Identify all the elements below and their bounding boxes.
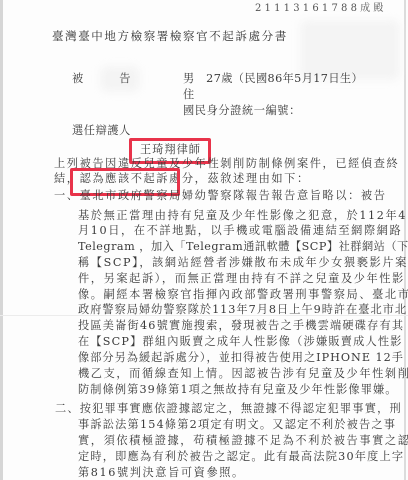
section-1-line: 機乙支，而循線查知上情。因認被告涉有兒童及少年性剝削 — [78, 367, 408, 381]
redaction-smudge — [300, 20, 400, 80]
section-1-heading: 一、臺北市政府警察局婦幼警察隊報告報告意旨略以：被告 — [54, 189, 386, 203]
section-2-line: 定時，即應為有利於被告之認定。此有最高法院30年度上字 — [78, 450, 404, 464]
section-1-line: 防制條例第39條第1項之無故持有兒童及少年性影像罪嫌。 — [78, 383, 398, 397]
section-2-line: 二、按犯罪事實應依證據認定之，無證據不得認定犯罪事實，刑 — [55, 402, 402, 416]
section-1-line: 件，另案起訴），而無正當理由持有不詳之兒童及少年性影 — [78, 272, 405, 286]
section-1-line: 基於無正當理由持有兒童及少年性影像之犯意，於112年4 — [78, 209, 407, 223]
section-1-line: 在【SCP】群組內販賣之成年人性影像（涉嫌販賣成人性影 — [78, 335, 403, 349]
section-1-line: 像部分另為緩起訴處分），並扣得被告使用之IPHONE 12手 — [78, 351, 404, 365]
section-1-line: 像。嗣經本署檢察官指揮內政部警政署刑事警察局、臺北市 — [78, 288, 408, 302]
defendant-address-label: 住 — [183, 88, 195, 102]
intro-line-2-suffix: ，茲敘述理由如下： — [195, 172, 310, 185]
section-2-line: 第816號判決意旨可資參照。 — [78, 466, 245, 480]
section-2-line: 實，須依積極證據，苟積極證據不足為不利於被告事實之認 — [78, 434, 408, 448]
defendant-gender-age: 男 27歲（民國86年5月17日生） — [183, 72, 363, 86]
defendant-label: 被告 — [72, 72, 130, 86]
defendant-id-label: 國民身分證統一編號： — [183, 104, 301, 118]
section-1-line: 投區美崙街46號實施搜索，發現被告之手機雲端硬碟存有其 — [78, 319, 404, 333]
document-title: 臺灣臺中地方檢察署檢察官不起訴處分書 — [52, 29, 288, 43]
defendant-label-char2: 告 — [119, 72, 130, 86]
serial-number: 21113161788成殿 — [255, 2, 387, 16]
section-1-line: 月10日，在不詳地點，以手機或電腦設備連結至網際網路 — [78, 224, 402, 238]
defendant-label-char1: 被 — [72, 72, 83, 86]
section-1-line: 政府警察局婦幼警察隊於113年7月8日上午9時許在臺北市北 — [78, 303, 407, 317]
section-2-line: 事訴訟法第154條第2項定有明文。又認定不利於被告之事 — [78, 418, 396, 432]
section-1-line: 稱【SCP】，該網站經營者涉嫌散布未成年少女猥褻影片案 — [78, 256, 408, 270]
section-1-line: Telegram ，加入「Telegram通訊軟體【SCP】社群網站（下 — [78, 240, 408, 254]
counsel-label: 選任辯護人 — [72, 124, 131, 138]
document-page: 21113161788成殿 臺灣臺中地方檢察署檢察官不起訴處分書 被告 男 27… — [0, 0, 408, 480]
page-left-edge — [0, 0, 3, 480]
